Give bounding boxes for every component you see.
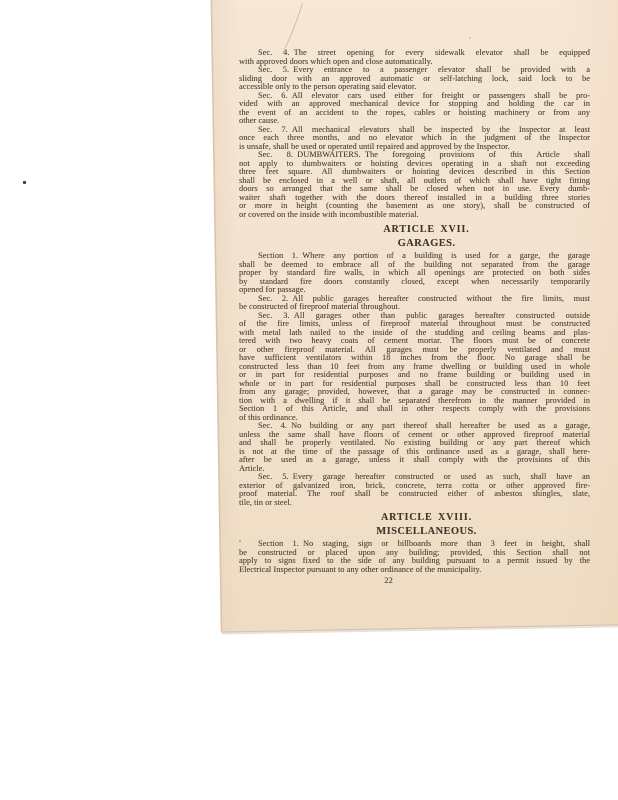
page-text-column: Sec. 4. The street opening for every sid… <box>239 49 590 585</box>
text-line: after be used as a garage, unless it sha… <box>239 456 590 465</box>
scanned-page: Sec. 4. The street opening for every sid… <box>0 0 618 800</box>
paragraph: Sec. 4. No building or any part thereof … <box>239 422 590 473</box>
paragraph: Sec. 7. All mechanical elevators shall b… <box>239 126 590 152</box>
paragraph: Sec. 6. All elevator cars used either fo… <box>239 92 590 126</box>
section-heading: GARAGES. <box>251 238 602 250</box>
section-heading: MISCELLANEOUS. <box>251 526 602 538</box>
article-heading: ARTICLE XVII. <box>251 224 602 236</box>
text-line: the event of an accident to the ropes, c… <box>239 109 590 118</box>
paragraph: Sec. 8. DUMBWAITERS. The foregoing provi… <box>239 151 590 219</box>
paragraph: Section 1. No staging, sign or billboard… <box>239 540 590 574</box>
paragraph: Sec. 4. The street opening for every sid… <box>239 49 590 66</box>
paragraph: Sec. 5. Every garage hereafter construct… <box>239 473 590 507</box>
paragraph: Sec. 2. All public garages hereafter con… <box>239 295 590 312</box>
ink-speck <box>23 181 26 184</box>
paper-blemish <box>469 37 471 39</box>
paragraph: Sec. 3. All garages other than public ga… <box>239 312 590 423</box>
paragraph: Sec. 5. Every entrance to a passenger el… <box>239 66 590 92</box>
article-heading: ARTICLE XVIII. <box>251 512 602 524</box>
paragraph: Section 1. Where any portion of a buildi… <box>239 252 590 295</box>
text-line: or covered on the inside with incombusti… <box>239 211 590 220</box>
page-number: 22 <box>213 576 564 585</box>
text-line: tile, tin or steel. <box>239 499 590 508</box>
text-line: Electrical Inspector pursuant to any oth… <box>239 566 590 575</box>
